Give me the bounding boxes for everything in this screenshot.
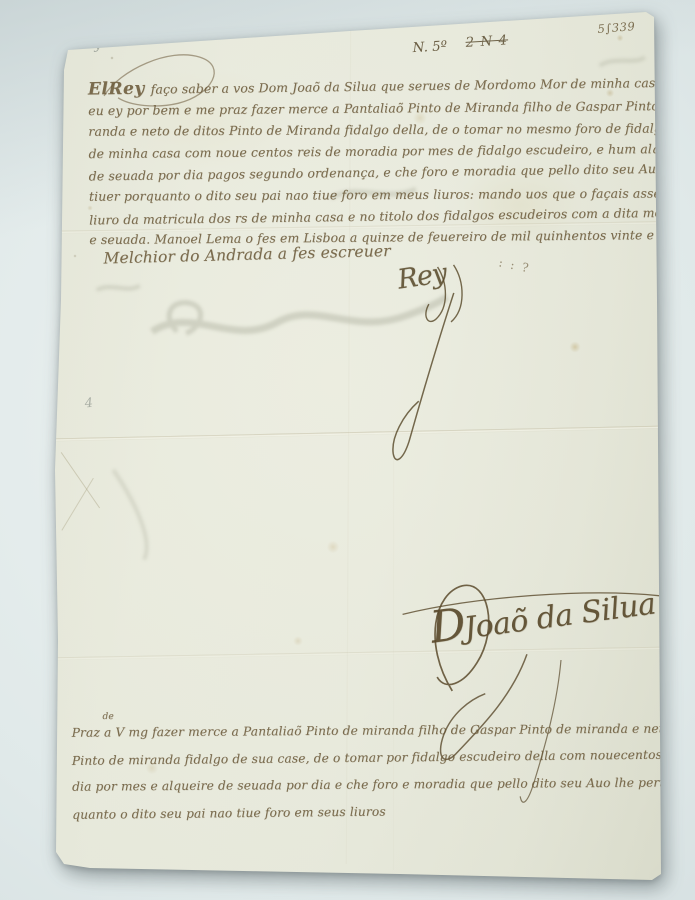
pencil-y-mark: y [91, 33, 103, 52]
silva-signature-initial: D [427, 599, 467, 654]
archive-number: 5∫339 [597, 19, 636, 36]
silva-signature-name: Joaõ da Silua [462, 587, 658, 647]
rey-rubric-signature: Rey [396, 258, 449, 296]
pencil-4-mark: 4 [84, 396, 94, 412]
rey-long-tail-stroke [392, 293, 456, 460]
bottom-paragraph: Praz a V mg fazer merce a Pantaliaõ Pint… [72, 715, 695, 828]
rey-rubric-stroke [451, 265, 463, 322]
manuscript-paper: … Pinto … 15-3-1619 … para … y N. 5º 2 N… [0, 0, 695, 900]
paper-sheet-wrapper: … Pinto … 15-3-1619 … para … y N. 5º 2 N… [0, 0, 695, 900]
manuscript-photo: { "colors": { "ink": "#6b5a3a", "ink_dar… [0, 0, 695, 900]
main-paragraph: ElReyfaço saber a vos Dom Joaõ da Silua … [88, 73, 695, 251]
text-line: quanto o dito seu pai nao tiue foro em s… [72, 795, 695, 829]
rubric-dots: : : ? [497, 255, 531, 275]
pencil-inscription: … Pinto … 15-3-1619 … para … [167, 13, 369, 31]
text-line-rest: faço saber a vos Dom Joaõ da Silua que s… [151, 75, 691, 97]
edge-crease [61, 452, 99, 508]
edge-crease [61, 478, 93, 530]
silva-signature: DJoaõ da Silua [427, 574, 658, 654]
manuscript-content: … Pinto … 15-3-1619 … para … y N. 5º 2 N… [0, 0, 695, 900]
number-label: N. 5º [412, 38, 447, 56]
struck-out-mark: 2 N 4 [465, 32, 508, 51]
opening-word: ElRey [88, 79, 151, 100]
